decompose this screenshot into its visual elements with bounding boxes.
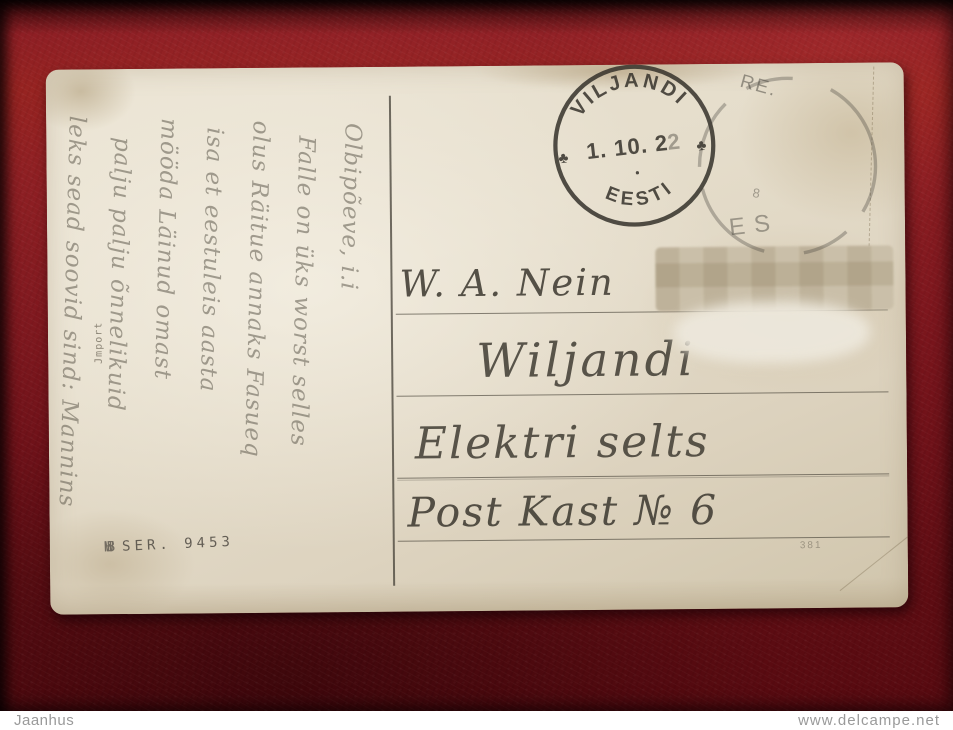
leather-background-photo: Olbipõeve, i.i Falle on üks worst selles… bbox=[0, 0, 953, 712]
watermark-bar: Jaanhus www.delcampe.net bbox=[0, 711, 953, 730]
delcampe-watermark: www.delcampe.net bbox=[798, 712, 940, 729]
seller-watermark: Jaanhus bbox=[14, 712, 74, 729]
photo-vignette bbox=[0, 0, 953, 711]
screenshot: Olbipõeve, i.i Falle on üks worst selles… bbox=[0, 0, 953, 730]
